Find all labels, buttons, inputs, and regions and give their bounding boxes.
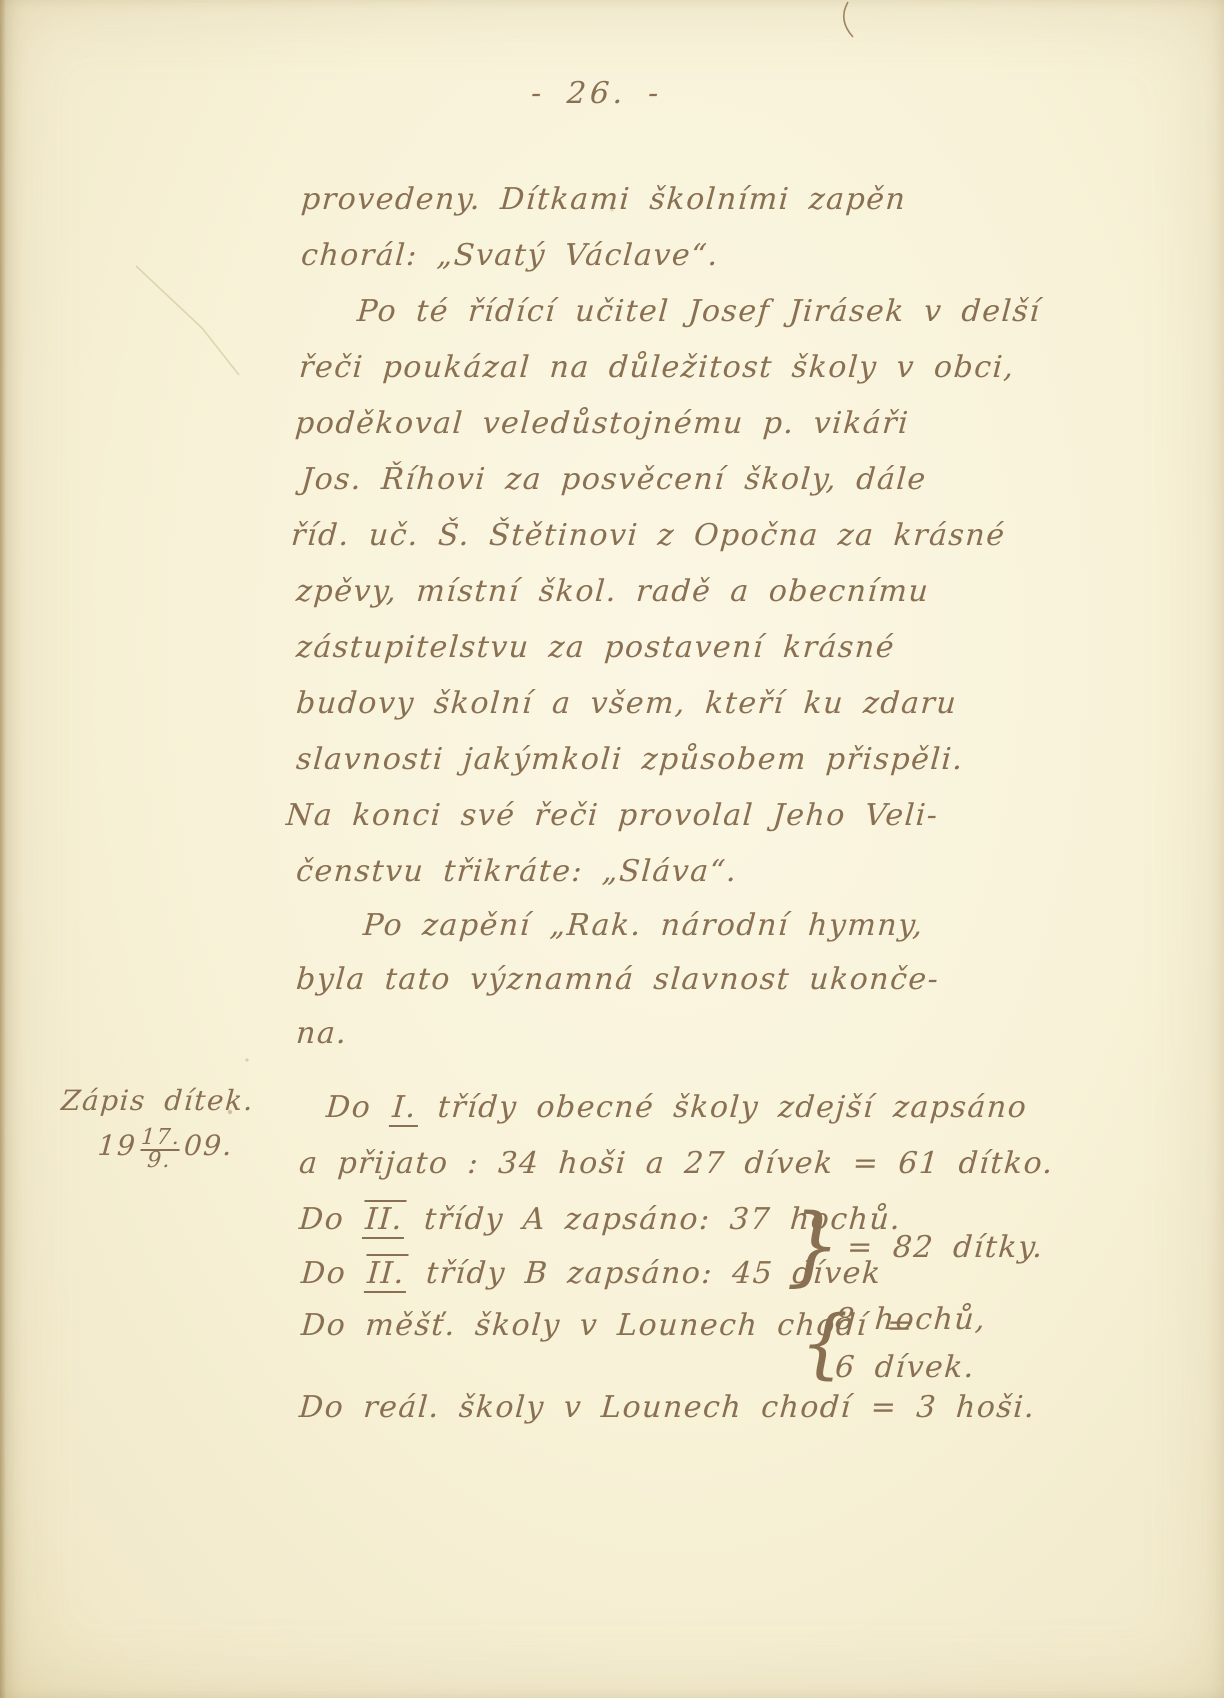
manuscript-line-p2-8: budovy školní a všem, kteří ku zdaru xyxy=(295,686,958,721)
date-month: 9. xyxy=(139,1149,180,1172)
enrollment-line-1: Do I. třídy obecné školy zdejší zapsáno xyxy=(325,1090,1029,1125)
margin-note-date: 1917.9.09. xyxy=(96,1128,234,1172)
enrollment-line-3-prefix: Do xyxy=(298,1202,346,1237)
enrollment-line-1-prefix: Do xyxy=(325,1090,373,1125)
date-day: 17. xyxy=(140,1128,181,1149)
manuscript-line-p2-4: Jos. Říhovi za posvěcení školy, dále xyxy=(300,462,928,497)
manuscript-line-p2-11: čenstvu třikráte: „Sláva“. xyxy=(295,854,739,889)
page-number: - 26. - xyxy=(530,76,664,111)
margin-note-title: Zápis dítek. xyxy=(60,1084,255,1117)
date-year-prefix: 19 xyxy=(97,1129,138,1162)
manuscript-line-p3-2: byla tato významná slavnost ukonče- xyxy=(295,962,941,997)
manuscript-line-p2-7: zástupitelstvu za postavení krásné xyxy=(295,630,896,665)
manuscript-line-p3-1: Po zapění „Rak. národní hymny, xyxy=(362,908,925,943)
date-year-suffix: 09. xyxy=(183,1129,234,1162)
manuscript-line-p2-9: slavnosti jakýmkoli způsobem přispěli. xyxy=(295,742,965,777)
enrollment-line-1-rest: třídy obecné školy zdejší zapsáno xyxy=(437,1090,1029,1125)
manuscript-line-p2-6: zpěvy, místní škol. radě a obecnímu xyxy=(295,574,931,609)
manuscript-line-p2-10: Na konci své řeči provolal Jeho Veli- xyxy=(285,798,940,833)
manuscript-page: - 26. - provedeny. Dítkami školními zapě… xyxy=(0,0,1224,1698)
roman-numeral-I: I. xyxy=(389,1090,420,1127)
enrollment-line-2: a přijato : 34 hoši a 27 dívek = 61 dítk… xyxy=(298,1146,1055,1181)
date-fraction: 17.9. xyxy=(139,1128,182,1172)
enrollment-line-6: Do reál. školy v Lounech chodí = 3 hoši. xyxy=(298,1390,1037,1425)
roman-numeral-II-b: II. xyxy=(364,1254,408,1293)
manuscript-line-p1-1: provedeny. Dítkami školními zapěn xyxy=(300,182,908,217)
manuscript-line-p2-2: řeči poukázal na důležitost školy v obci… xyxy=(298,350,1016,385)
right-brace-mark: } xyxy=(786,1192,841,1300)
manuscript-line-p1-2: chorál: „Svatý Václave“. xyxy=(300,238,720,273)
manuscript-line-p2-5: říd. uč. Š. Štětinovi z Opočna za krásné xyxy=(290,518,1007,553)
enrollment-line-5-boys: 8 hochů, xyxy=(834,1302,987,1337)
manuscript-line-p3-3: na. xyxy=(295,1016,349,1051)
manuscript-line-p2-3: poděkoval veledůstojnému p. vikáři xyxy=(294,406,910,441)
page-edge-shadow xyxy=(0,0,6,1698)
manuscript-line-p2-1: Po té řídící učitel Josef Jirásek v delš… xyxy=(356,294,1042,329)
enrollment-line-5-girls: 6 dívek. xyxy=(834,1350,976,1385)
roman-numeral-II-a: II. xyxy=(362,1200,406,1239)
enrollment-group-total: = 82 dítky. xyxy=(846,1230,1045,1265)
enrollment-line-4-prefix: Do xyxy=(300,1256,348,1291)
